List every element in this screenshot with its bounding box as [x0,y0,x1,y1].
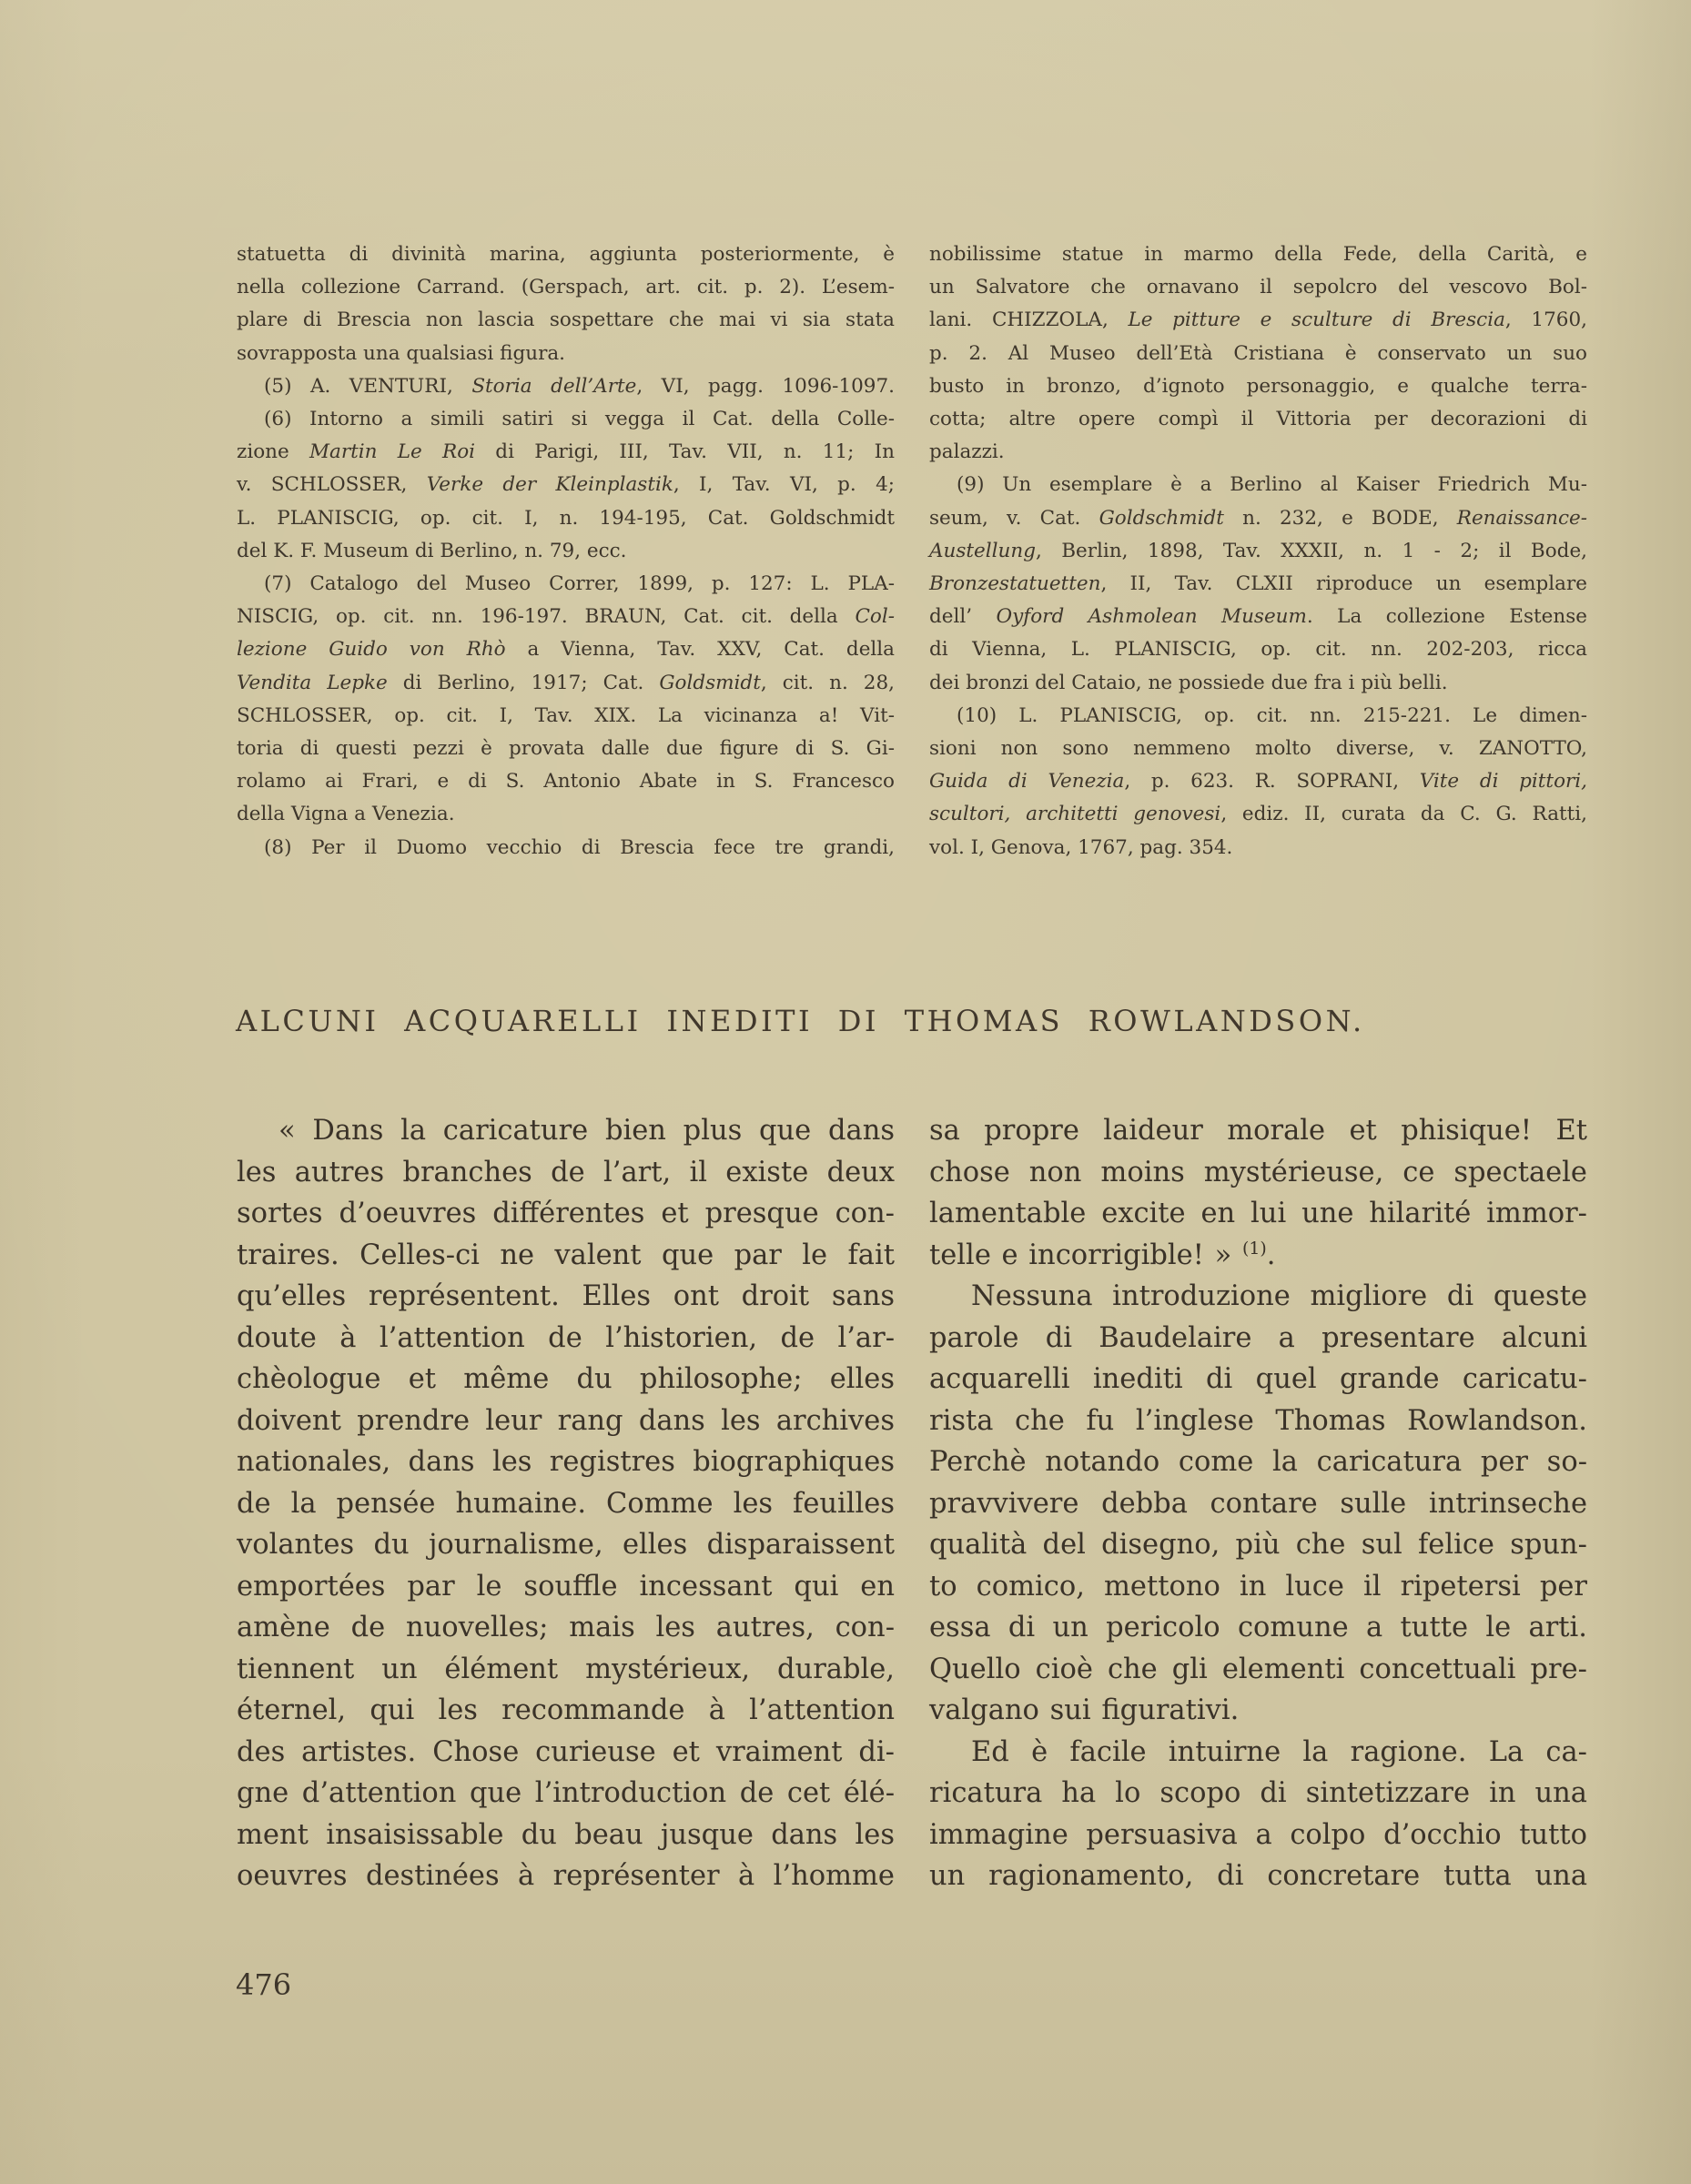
text-line: della Vigna a Venezia. [237,798,895,831]
text-line: L. PLANISCIG, op. cit. I, n. 194-195, Ca… [237,502,895,535]
text-line: to comico, mettono in luce il ripetersi … [929,1566,1587,1608]
text-line: ment insaisissable du beau jusque dans l… [237,1815,895,1856]
text-line: lezione Guido von Rhò a Vienna, Tav. XXV… [237,633,895,666]
text-line: un Salvatore che ornavano il sepolcro de… [929,271,1587,304]
text-line: zione Martin Le Roi di Parigi, III, Tav.… [237,436,895,469]
text-line: immagine persuasiva a colpo d’occhio tut… [929,1815,1587,1856]
text-line: (6) Intorno a simili satiri si vegga il … [237,403,895,436]
text-line: des artistes. Chose curieuse et vraiment… [237,1732,895,1774]
scanned-book-page: statuetta di divinità marina, aggiunta p… [0,0,1691,2184]
body-column-right: sa propre laideur morale et phisique! Et… [929,1110,1587,1897]
text-line: de la pensée humaine. Comme les feuilles [237,1483,895,1525]
text-line: palazzi. [929,436,1587,469]
body-column-left: « Dans la caricature bien plus que dansl… [237,1110,895,1897]
text-line: doute à l’attention de l’historien, de l… [237,1318,895,1360]
text-line: qualità del disegno, più che sul felice … [929,1524,1587,1566]
text-line: sioni non sono nemmeno molto diverse, v.… [929,733,1587,765]
text-line: « Dans la caricature bien plus que dans [237,1110,895,1152]
footnote-column-right: nobilissime statue in marmo della Fede, … [929,238,1587,864]
text-line: acquarelli inediti di quel grande carica… [929,1359,1587,1400]
text-line: del K. F. Museum di Berlino, n. 79, ecc. [237,535,895,568]
text-line: Quello cioè che gli elementi concettuali… [929,1649,1587,1691]
text-line: nella collezione Carrand. (Gerspach, art… [237,271,895,304]
text-line: volantes du journalisme, elles disparais… [237,1524,895,1566]
text-line: sovrapposta una qualsiasi figura. [237,338,895,370]
text-line: gne d’attention que l’introduction de ce… [237,1773,895,1815]
text-line: ricatura ha lo scopo di sintetizzare in … [929,1773,1587,1815]
page-number: 476 [236,1967,291,2002]
text-line: Nessuna introduzione migliore di queste [929,1276,1587,1318]
text-line: essa di un pericolo comune a tutte le ar… [929,1607,1587,1649]
text-line: Austellung, Berlin, 1898, Tav. XXXII, n.… [929,535,1587,568]
text-line: sa propre laideur morale et phisique! Et [929,1110,1587,1152]
text-line: p. 2. Al Museo dell’Età Cristiana è cons… [929,338,1587,370]
text-line: chèologue et même du philosophe; elles [237,1359,895,1400]
text-line: amène de nuovelles; mais les autres, con… [237,1607,895,1649]
text-line: nobilissime statue in marmo della Fede, … [929,238,1587,271]
text-line: éternel, qui les recommande à l’attentio… [237,1690,895,1732]
text-line: Perchè notando come la caricatura per so… [929,1441,1587,1483]
text-line: parole di Baudelaire a presentare alcuni [929,1318,1587,1360]
article-title: ALCUNI ACQUARELLI INEDITI DI THOMAS ROWL… [236,1004,1564,1038]
text-line: emportées par le souffle incessant qui e… [237,1566,895,1608]
text-line: tiennent un élément mystérieux, durable, [237,1649,895,1691]
footnote-column-left: statuetta di divinità marina, aggiunta p… [237,238,895,864]
text-line: plare di Brescia non lascia sospettare c… [237,304,895,337]
text-line: rolamo ai Frari, e di S. Antonio Abate i… [237,765,895,798]
text-line: les autres branches de l’art, il existe … [237,1152,895,1194]
text-line: NISCIG, op. cit. nn. 196-197. BRAUN, Cat… [237,601,895,633]
text-line: lani. CHIZZOLA, Le pitture e sculture di… [929,304,1587,337]
text-line: Vendita Lepke di Berlino, 1917; Cat. Gol… [237,667,895,700]
text-line: un ragionamento, di concretare tutta una [929,1855,1587,1897]
text-line: toria di questi pezzi è provata dalle du… [237,733,895,765]
text-line: seum, v. Cat. Goldschmidt n. 232, e BODE… [929,502,1587,535]
text-line: vol. I, Genova, 1767, pag. 354. [929,832,1587,864]
text-line: di Vienna, L. PLANISCIG, op. cit. nn. 20… [929,633,1587,666]
text-line: qu’elles représentent. Elles ont droit s… [237,1276,895,1318]
text-line: (10) L. PLANISCIG, op. cit. nn. 215-221.… [929,700,1587,733]
text-line: (9) Un esemplare è a Berlino al Kaiser F… [929,469,1587,501]
text-line: lamentable excite en lui une hilarité im… [929,1193,1587,1235]
text-line: pravvivere debba contare sulle intrinsec… [929,1483,1587,1525]
text-line: telle e incorrigible! » (1). [929,1235,1587,1277]
text-line: Bronzestatuetten, II, Tav. CLXII riprodu… [929,568,1587,601]
text-line: traires. Celles-ci ne valent que par le … [237,1235,895,1277]
text-line: rista che fu l’inglese Thomas Rowlandson… [929,1400,1587,1442]
text-line: (5) A. VENTURI, Storia dell’Arte, VI, pa… [237,370,895,403]
text-line: dell’ Oyford Ashmolean Museum. La collez… [929,601,1587,633]
text-line: busto in bronzo, d’ignoto personaggio, e… [929,370,1587,403]
text-line: v. SCHLOSSER, Verke der Kleinplastik, I,… [237,469,895,501]
text-line: dei bronzi del Cataio, ne possiede due f… [929,667,1587,700]
text-line: cotta; altre opere compì il Vittoria per… [929,403,1587,436]
text-line: scultori, architetti genovesi, ediz. II,… [929,798,1587,831]
text-line: doivent prendre leur rang dans les archi… [237,1400,895,1442]
text-line: nationales, dans les registres biographi… [237,1441,895,1483]
text-line: sortes d’oeuvres différentes et presque … [237,1193,895,1235]
text-line: oeuvres destinées à représenter à l’homm… [237,1855,895,1897]
text-line: (8) Per il Duomo vecchio di Brescia fece… [237,832,895,864]
text-line: (7) Catalogo del Museo Correr, 1899, p. … [237,568,895,601]
text-line: statuetta di divinità marina, aggiunta p… [237,238,895,271]
text-line: Guida di Venezia, p. 623. R. SOPRANI, Vi… [929,765,1587,798]
text-line: Ed è facile intuirne la ragione. La ca- [929,1732,1587,1774]
text-line: valgano sui figurativi. [929,1690,1587,1732]
text-line: chose non moins mystérieuse, ce spectael… [929,1152,1587,1194]
text-line: SCHLOSSER, op. cit. I, Tav. XIX. La vici… [237,700,895,733]
